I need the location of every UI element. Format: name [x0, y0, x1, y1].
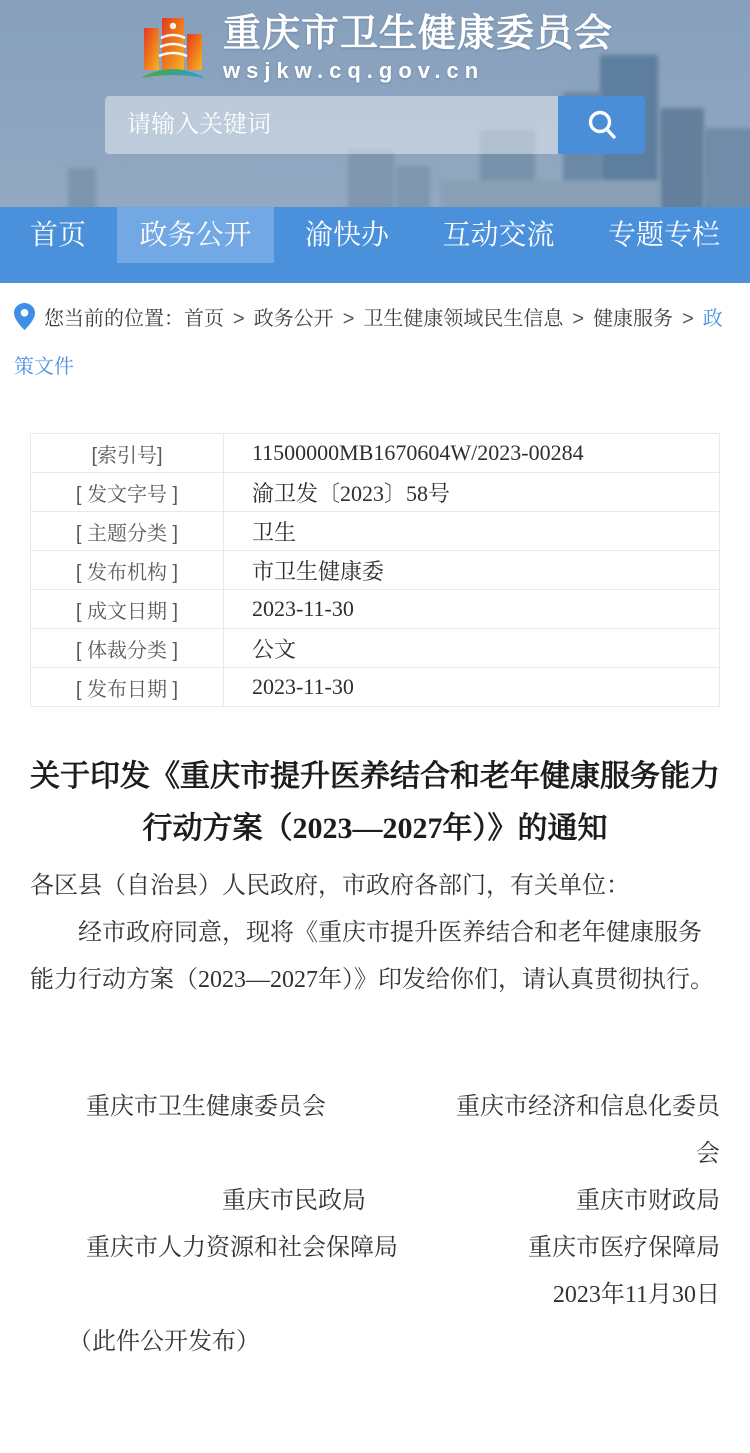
search-bar [105, 96, 645, 154]
document-paragraph: 经市政府同意，现将《重庆市提升医养结合和老年健康服务能力行动方案（2023—20… [30, 910, 720, 1004]
meta-label-issuer: [ 发布机构 ] [31, 551, 224, 590]
document-date: 2023年11月30日 [30, 1272, 720, 1319]
nav-item-home[interactable]: 首页 [30, 207, 108, 263]
meta-label-written-date: [ 成文日期 ] [31, 590, 224, 629]
meta-value-topic: 卫生 [224, 512, 720, 551]
table-row: [ 体裁分类 ] 公文 [31, 629, 720, 668]
signature-row: 重庆市卫生健康委员会 重庆市经济和信息化委员会 [30, 1084, 720, 1178]
search-button[interactable] [558, 96, 645, 154]
breadcrumb-item-home[interactable]: 首页 [184, 308, 224, 330]
signature-row: 重庆市民政局 重庆市财政局 [30, 1178, 720, 1225]
city-skyline-decor [440, 180, 660, 207]
signature-org: 重庆市财政局 [576, 1178, 720, 1225]
hero-header: 重庆市卫生健康委员会 wsjkw.cq.gov.cn [0, 0, 750, 207]
city-skyline-decor [660, 108, 704, 207]
breadcrumb-separator: > [233, 308, 245, 330]
meta-value-index: 11500000MB1670604W/2023-00284 [224, 434, 720, 473]
meta-value-issuer: 市卫生健康委 [224, 551, 720, 590]
site-title-block: 重庆市卫生健康委员会 wsjkw.cq.gov.cn [223, 12, 613, 84]
table-row: [ 发文字号 ] 渝卫发〔2023〕58号 [31, 473, 720, 512]
site-logo-icon [137, 12, 209, 86]
signature-org: 重庆市卫生健康委员会 [86, 1084, 326, 1131]
table-row: [ 成文日期 ] 2023-11-30 [31, 590, 720, 629]
table-row: [ 发布机构 ] 市卫生健康委 [31, 551, 720, 590]
site-domain: wsjkw.cq.gov.cn [223, 58, 613, 84]
meta-label-index: [索引号] [31, 434, 224, 473]
table-row: [ 主题分类 ] 卫生 [31, 512, 720, 551]
meta-value-written-date: 2023-11-30 [224, 590, 720, 629]
site-brand[interactable]: 重庆市卫生健康委员会 wsjkw.cq.gov.cn [0, 0, 750, 86]
search-input[interactable] [105, 96, 558, 154]
map-pin-icon [14, 303, 35, 330]
signature-row: 重庆市人力资源和社会保障局 重庆市医疗保障局 [30, 1225, 720, 1272]
breadcrumb-separator: > [682, 308, 694, 330]
breadcrumb-separator: > [343, 308, 355, 330]
signature-block: 重庆市卫生健康委员会 重庆市经济和信息化委员会 重庆市民政局 重庆市财政局 重庆… [30, 1084, 720, 1366]
nav-item-interaction[interactable]: 互动交流 [420, 207, 576, 263]
document-content: [索引号] 11500000MB1670604W/2023-00284 [ 发文… [0, 433, 750, 1420]
document-meta-table: [索引号] 11500000MB1670604W/2023-00284 [ 发文… [30, 433, 720, 707]
nav-item-special-topics[interactable]: 专题专栏 [586, 207, 720, 263]
nav-item-yukuaiban[interactable]: 渝快办 [283, 207, 411, 263]
table-row: [索引号] 11500000MB1670604W/2023-00284 [31, 434, 720, 473]
meta-value-genre: 公文 [224, 629, 720, 668]
document-title: 关于印发《重庆市提升医养结合和老年健康服务能力行动方案（2023—2027年）》… [30, 751, 720, 855]
signature-org: 重庆市人力资源和社会保障局 [86, 1225, 398, 1272]
meta-value-publish-date: 2023-11-30 [224, 668, 720, 707]
signature-org: 重庆市民政局 [222, 1178, 366, 1225]
table-row: [ 发布日期 ] 2023-11-30 [31, 668, 720, 707]
breadcrumb-prefix: 您当前的位置： [44, 308, 184, 330]
breadcrumb-item-health-service[interactable]: 健康服务 [593, 308, 673, 330]
meta-value-doc-number: 渝卫发〔2023〕58号 [224, 473, 720, 512]
signature-org: 重庆市医疗保障局 [528, 1225, 720, 1272]
page: 重庆市卫生健康委员会 wsjkw.cq.gov.cn 首页 政务公开 渝快办 互… [0, 0, 750, 1453]
meta-label-doc-number: [ 发文字号 ] [31, 473, 224, 512]
magnifier-icon [584, 107, 620, 143]
city-skyline-decor [396, 166, 430, 207]
breadcrumb-separator: > [572, 308, 584, 330]
site-name: 重庆市卫生健康委员会 [223, 12, 613, 56]
document-note: （此件公开发布） [68, 1319, 720, 1366]
breadcrumb-item-livelihood-info[interactable]: 卫生健康领域民生信息 [363, 308, 563, 330]
city-skyline-decor [68, 168, 96, 207]
city-skyline-decor [348, 150, 394, 207]
document-paragraph: 各区县（自治县）人民政府，市政府各部门，有关单位： [30, 863, 720, 910]
meta-label-topic: [ 主题分类 ] [31, 512, 224, 551]
breadcrumb-item-gov-affairs[interactable]: 政务公开 [254, 308, 334, 330]
breadcrumb: 您当前的位置：首页>政务公开>卫生健康领域民生信息>健康服务>政策文件 [0, 283, 750, 405]
meta-label-genre: [ 体裁分类 ] [31, 629, 224, 668]
meta-label-publish-date: [ 发布日期 ] [31, 668, 224, 707]
main-nav: 首页 政务公开 渝快办 互动交流 专题专栏 [0, 207, 750, 283]
city-skyline-decor [704, 128, 750, 207]
nav-item-gov-affairs[interactable]: 政务公开 [117, 207, 273, 263]
signature-org: 重庆市经济和信息化委员会 [450, 1084, 720, 1178]
